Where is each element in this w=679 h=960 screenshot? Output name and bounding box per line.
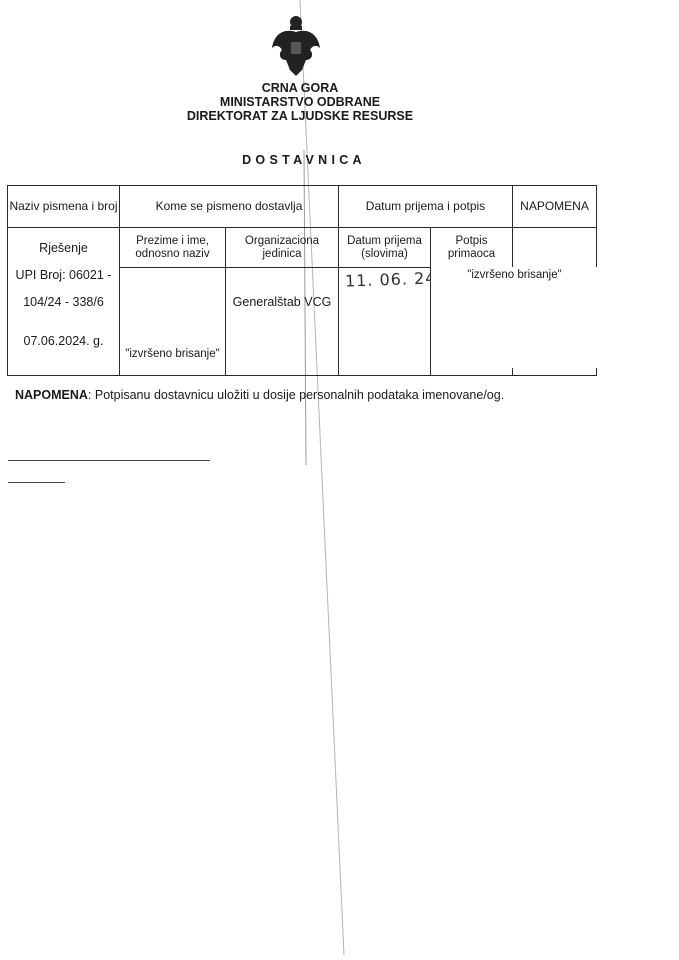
header-directorate: DIREKTORAT ZA LJUDSKE RESURSE [0, 109, 600, 123]
document-number-1: UPI Broj: 06021 - [8, 255, 119, 282]
note-label: NAPOMENA [15, 388, 88, 402]
subheader-unit: Organizaciona jedinica [226, 228, 339, 268]
header-recipient: Kome se pismeno dostavlja [120, 186, 339, 228]
recipient-unit: Generalštab VCG [226, 268, 339, 376]
footer-note: NAPOMENA: Potpisanu dostavnicu uložiti u… [15, 388, 504, 402]
document-title: DOSTAVNICA [0, 153, 604, 167]
scan-line-artifact [0, 0, 679, 960]
note-empty-cell [513, 228, 597, 268]
redacted-signature: "izvršeno brisanje" [431, 269, 598, 281]
handwritten-date: 11. 06. 24 [345, 268, 437, 290]
subheader-date: Datum prijema (slovima) [339, 228, 431, 268]
redaction-box [431, 267, 598, 368]
document-cell: Rješenje UPI Broj: 06021 - 104/24 - 338/… [8, 228, 120, 376]
document-type: Rješenje [8, 228, 119, 255]
document-number-2: 104/24 - 338/6 [8, 282, 119, 309]
document-date: 07.06.2024. g. [8, 309, 119, 348]
header-country: CRNA GORA [0, 81, 600, 95]
header-ministry: MINISTARSTVO ODBRANE [0, 95, 600, 109]
subheader-name: Prezime i ime, odnosno naziv [120, 228, 226, 268]
header-note: NAPOMENA [513, 186, 597, 228]
subheader-signature: Potpis primaoca [431, 228, 513, 268]
coat-of-arms-icon [270, 14, 322, 80]
signature-line-long [8, 460, 210, 461]
header-document-name: Naziv pismena i broj [8, 186, 120, 228]
note-text: : Potpisanu dostavnicu uložiti u dosije … [88, 388, 504, 402]
header-receipt: Datum prijema i potpis [339, 186, 513, 228]
recipient-name: "izvršeno brisanje" [120, 268, 226, 376]
signature-line-short [8, 482, 65, 483]
